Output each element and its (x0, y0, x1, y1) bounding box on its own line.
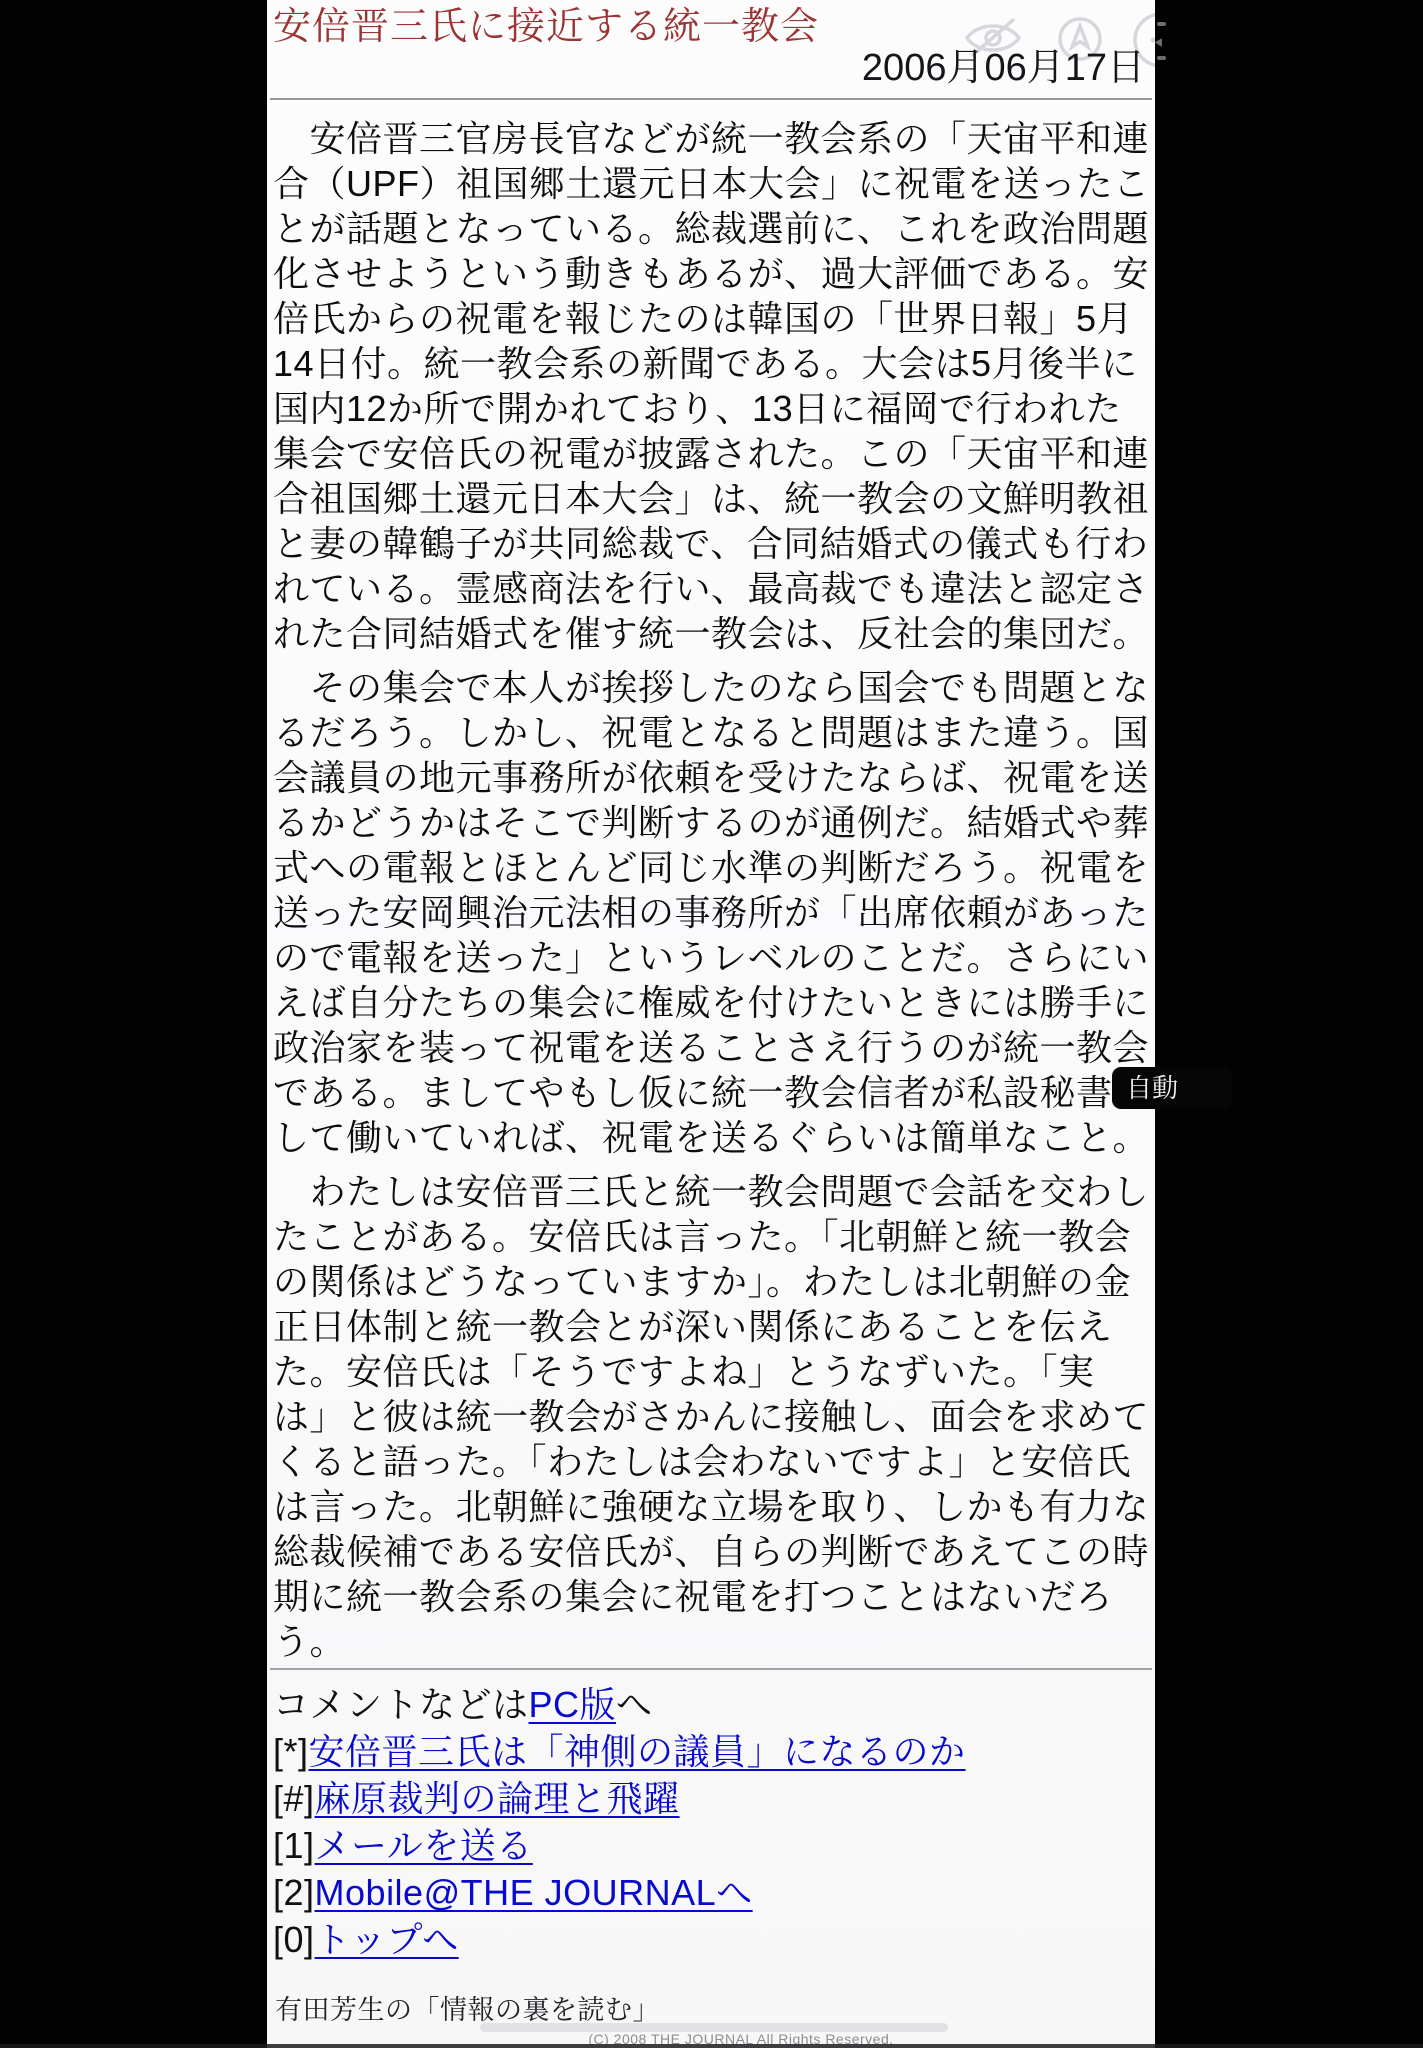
body-text-line: れた合同結婚式を催す統一教会は、反社会的集団だ。 (273, 611, 1151, 656)
video-bottom-edge (0, 2044, 1423, 2048)
body-text-line: わたしは安倍晋三氏と統一教会問題で会話を交わし (273, 1169, 1151, 1214)
pc-version-link[interactable]: PC版 (529, 1684, 617, 1725)
overlay-marker (1157, 22, 1166, 26)
link-prefix: [2] (273, 1872, 315, 1913)
article-date: 2006月06月17日 (862, 47, 1145, 89)
header-divider (270, 98, 1152, 100)
quick-link[interactable]: 麻原裁判の論理と飛躍 (315, 1778, 680, 1819)
body-text-line: 総裁候補である安倍氏が、自らの判断であえてこの時 (273, 1529, 1151, 1574)
body-text-line: 安倍晋三官房長官などが統一教会系の「天宙平和連 (273, 116, 1151, 161)
body-text-line: の関係はどうなっていますか」。わたしは北朝鮮の金 (273, 1259, 1151, 1304)
body-text-line: 国内12か所で開かれており、13日に福岡で行われた (273, 386, 1151, 431)
link-prefix: [#] (273, 1778, 315, 1819)
body-text-line: その集会で本人が挨拶したのなら国会でも問題とな (273, 665, 1151, 710)
body-text-line: 化させようという動きもあるが、過大評価である。安 (273, 251, 1151, 296)
body-text-line: れている。霊感商法を行い、最高裁でも違法と認定さ (273, 566, 1151, 611)
paragraph: わたしは安倍晋三氏と統一教会問題で会話を交わしたことがある。安倍氏は言った。「北… (273, 1169, 1151, 1664)
page-title: 安倍晋三氏に接近する統一教会 (273, 6, 819, 48)
comment-line-suffix: へ (616, 1684, 653, 1725)
article-body: 安倍晋三官房長官などが統一教会系の「天宙平和連合（UPF）祖国郷土還元日本大会」… (273, 116, 1151, 1664)
right-letterbox (1155, 0, 1423, 2048)
body-text-line: 会議員の地元事務所が依頼を受けたならば、祝電を送 (273, 755, 1151, 800)
overlay-marker (1157, 56, 1166, 60)
body-text-line: 式への電報とほとんど同じ水準の判断だろう。祝電を (273, 845, 1151, 890)
body-text-line: ので電報を送った」というレベルのことだ。さらにい (273, 935, 1151, 980)
paragraph: 安倍晋三官房長官などが統一教会系の「天宙平和連合（UPF）祖国郷土還元日本大会」… (273, 116, 1151, 656)
quick-link[interactable]: 安倍晋三氏は「神側の議員」になるのか (309, 1731, 966, 1772)
footer-divider (270, 1668, 1152, 1670)
body-text-line: るだろう。しかし、祝電となると問題はまた違う。国 (273, 710, 1151, 755)
body-text-line: 合祖国郷土還元日本大会」は、統一教会の文鮮明教祖 (273, 476, 1151, 521)
browser-page: 安倍晋三氏に接近する統一教会 2006月06月17日 安倍晋三官房長官などが統一… (267, 0, 1155, 2048)
body-text-line: 政治家を装って祝電を送ることさえ行うのが統一教会 (273, 1025, 1151, 1070)
body-text-line: と妻の韓鶴子が共同総裁で、合同結婚式の儀式も行わ (273, 521, 1151, 566)
body-text-line: 正日体制と統一教会とが深い関係にあることを伝え (273, 1304, 1151, 1349)
body-text-line: である。ましてやもし仮に統一教会信者が私設秘書と (273, 1070, 1151, 1115)
body-text-line: 送った安岡興治元法相の事務所が「出席依頼があった (273, 890, 1151, 935)
link-line: [0]トップへ (273, 1916, 966, 1963)
body-text-line: は言った。北朝鮮に強硬な立場を取り、しかも有力な (273, 1484, 1151, 1529)
quick-link[interactable]: Mobile@THE JOURNALへ (315, 1872, 753, 1913)
quick-link[interactable]: メールを送る (315, 1825, 533, 1866)
comment-line-prefix: コメントなどは (273, 1684, 529, 1725)
link-line: [1]メールを送る (273, 1822, 966, 1869)
blog-byline: 有田芳生の「情報の裏を読む」 (275, 1988, 660, 2027)
body-text-line: 倍氏からの祝電を報じたのは韓国の「世界日報」5月 (273, 296, 1151, 341)
body-text-line: くると語った。「わたしは会わないですよ」と安倍氏 (273, 1439, 1151, 1484)
auto-mode-badge[interactable]: 自動 (1112, 1067, 1232, 1109)
link-prefix: [1] (273, 1825, 315, 1866)
paragraph: その集会で本人が挨拶したのなら国会でも問題となるだろう。しかし、祝電となると問題… (273, 665, 1151, 1160)
link-prefix: [*] (273, 1731, 309, 1772)
left-letterbox (0, 0, 267, 2048)
link-line: [2]Mobile@THE JOURNALへ (273, 1869, 966, 1916)
quick-links: コメントなどはPC版へ [*]安倍晋三氏は「神側の議員」になるのか[#]麻原裁判… (273, 1681, 966, 1963)
body-text-line: るかどうかはそこで判断するのが通例だ。結婚式や葬 (273, 800, 1151, 845)
body-text-line: う。 (273, 1619, 1151, 1664)
body-text-line: 集会で安倍氏の祝電が披露された。この「天宙平和連 (273, 431, 1151, 476)
body-text-line: 期に統一教会系の集会に祝電を打つことはないだろ (273, 1574, 1151, 1619)
body-text-line: して働いていれば、祝電を送るぐらいは簡単なこと。 (273, 1115, 1151, 1160)
body-text-line: た。安倍氏は「そうですよね」とうなずいた。「実 (273, 1349, 1151, 1394)
link-prefix: [0] (273, 1919, 315, 1960)
body-text-line: は」と彼は統一教会がさかんに接触し、面会を求めて (273, 1394, 1151, 1439)
body-text-line: 合（UPF）祖国郷土還元日本大会」に祝電を送ったこ (273, 161, 1151, 206)
quick-link[interactable]: トップへ (315, 1919, 459, 1960)
body-text-line: たことがある。安倍氏は言った。「北朝鮮と統一教会 (273, 1214, 1151, 1259)
body-text-line: 14日付。統一教会系の新聞である。大会は5月後半に (273, 341, 1151, 386)
comment-line: コメントなどはPC版へ (273, 1681, 966, 1728)
body-text-line: えば自分たちの集会に権威を付けたいときには勝手に (273, 980, 1151, 1025)
link-line: [*]安倍晋三氏は「神側の議員」になるのか (273, 1728, 966, 1775)
body-text-line: とが話題となっている。総裁選前に、これを政治問題 (273, 206, 1151, 251)
link-line: [#]麻原裁判の論理と飛躍 (273, 1775, 966, 1822)
